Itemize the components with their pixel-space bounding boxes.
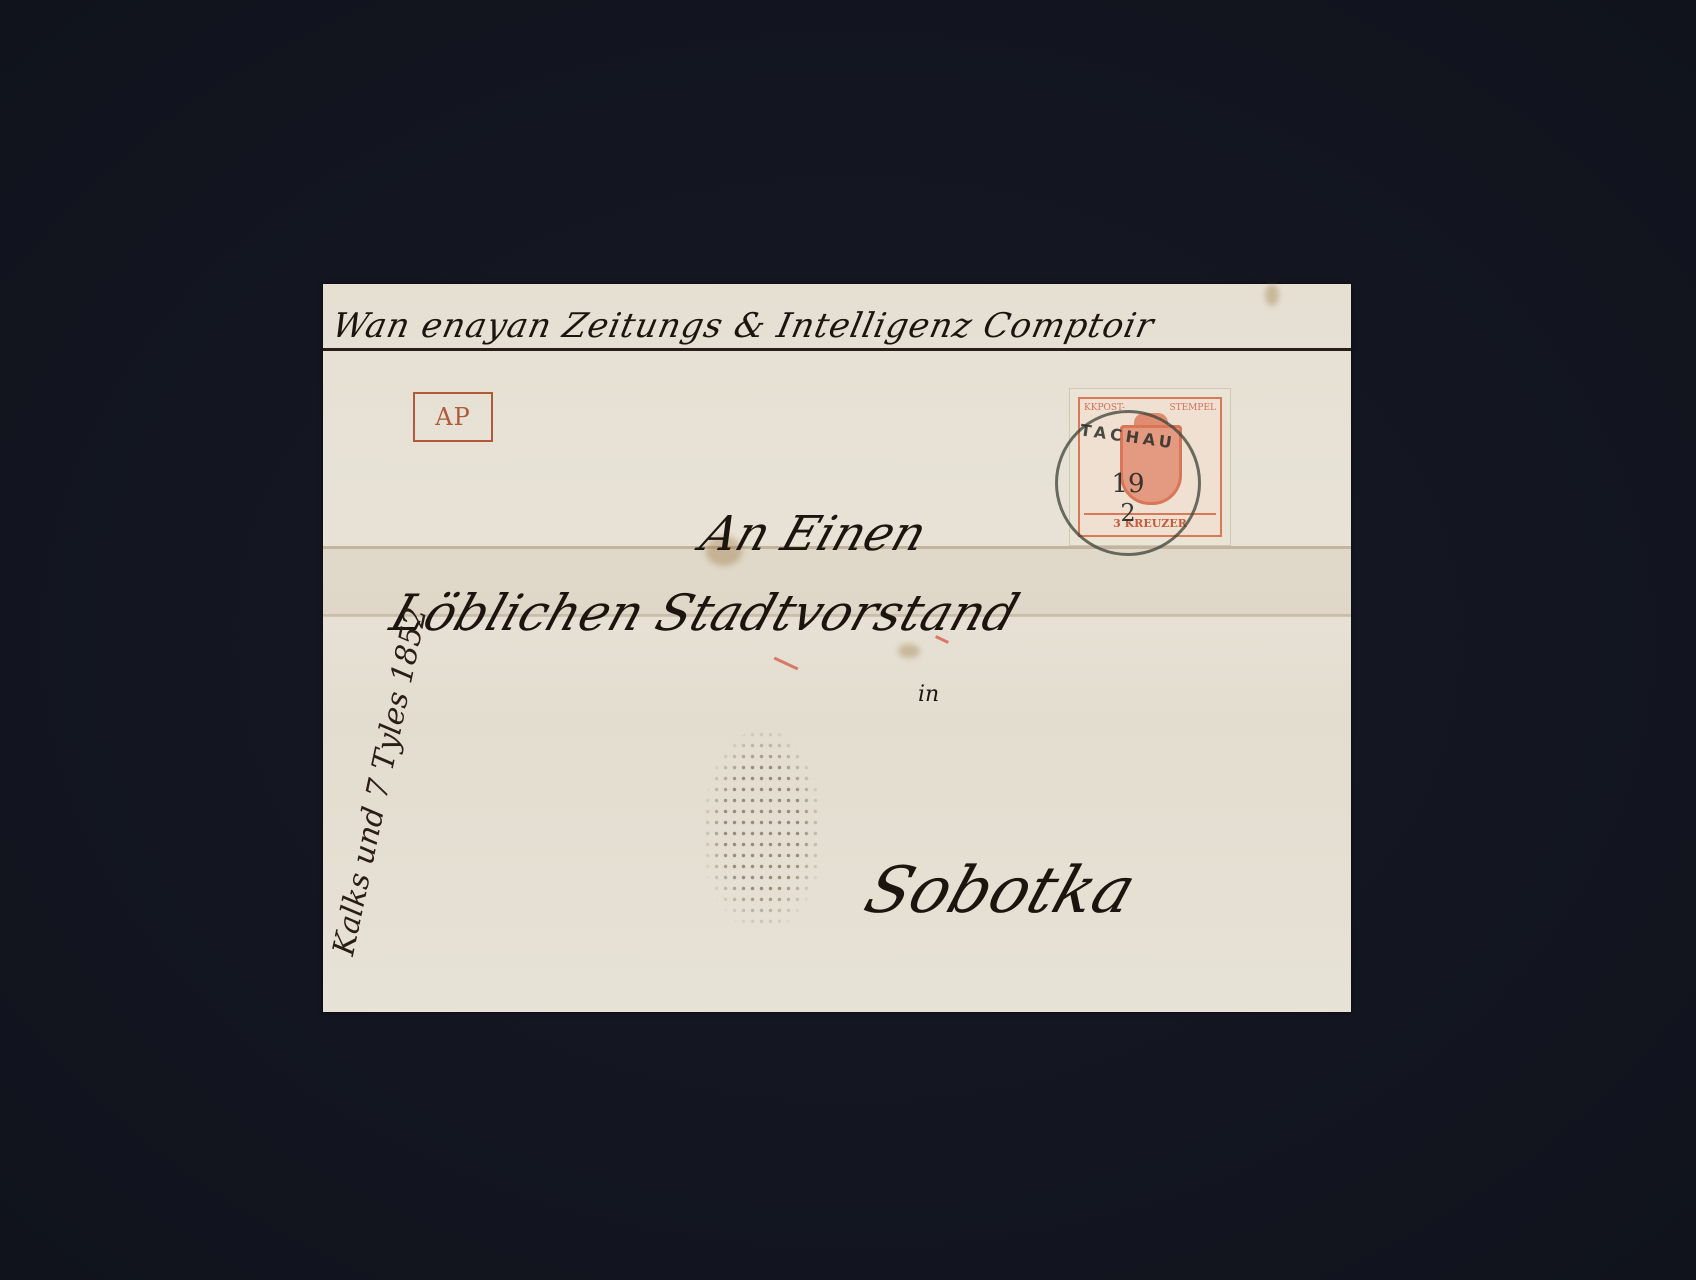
- stamp-header: KKPOST- STEMPEL: [1084, 403, 1216, 413]
- postmark-day: 19: [1058, 469, 1198, 499]
- stain: [898, 644, 920, 658]
- red-mark: [774, 657, 799, 671]
- side-note: Kalks und 7 Tyles 1852: [326, 604, 434, 958]
- address-line-3: in: [918, 682, 939, 707]
- sender-underline: [323, 348, 1351, 351]
- postmark-month: 2: [1058, 499, 1198, 527]
- faint-cancel-mark: [703, 729, 823, 929]
- stamp-top-right: STEMPEL: [1169, 403, 1216, 413]
- postal-cover: Wan enayan Zeitungs & Intelligenz Compto…: [323, 284, 1351, 1012]
- address-line-2: Löblichen Stadtvorstand: [384, 584, 1026, 642]
- registration-box: AP: [413, 392, 493, 442]
- postmark: TACHAU 19 2: [1055, 410, 1201, 556]
- address-line-1: An Einen: [694, 506, 934, 562]
- stain: [1265, 284, 1279, 306]
- address-line-4: Sobotka: [856, 854, 1145, 928]
- sender-line: Wan enayan Zeitungs & Intelligenz Compto…: [329, 306, 1158, 346]
